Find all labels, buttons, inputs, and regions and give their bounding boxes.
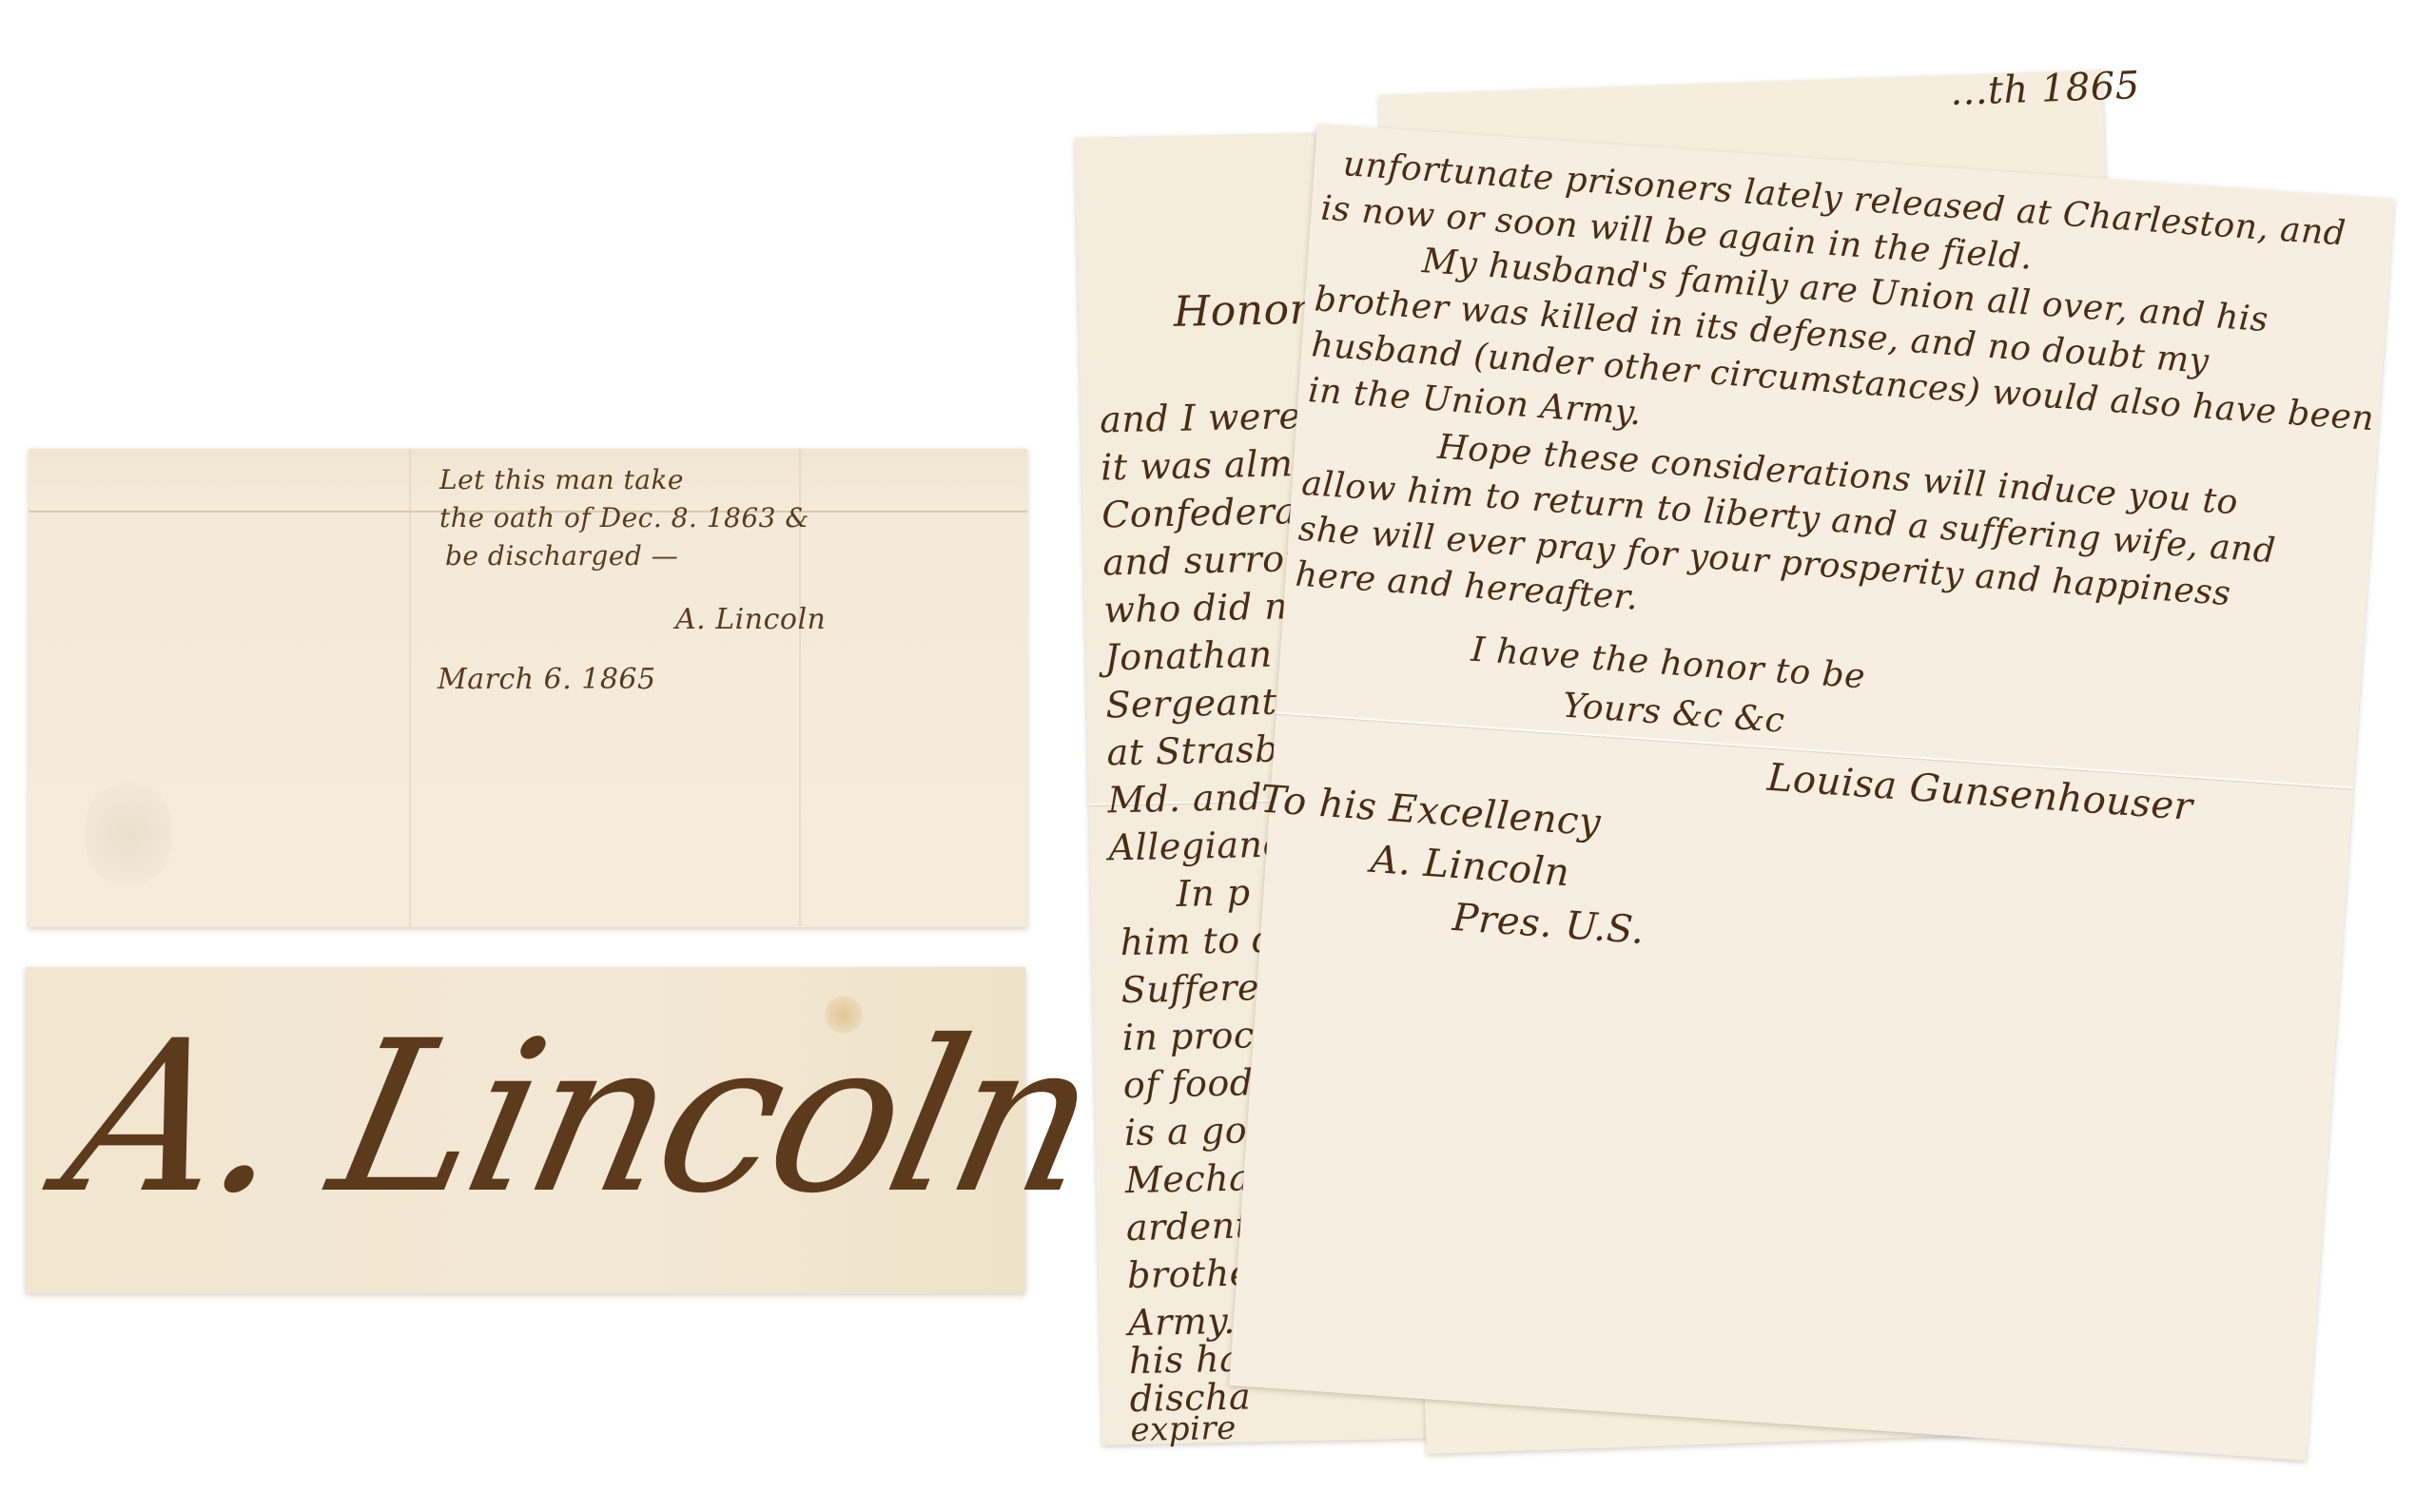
- lincoln-signature: A. Lincoln: [48, 996, 1112, 1239]
- endorsement-line: the oath of Dec. 8. 1863 &: [439, 502, 809, 533]
- letter-fragment: expire: [1130, 1409, 1237, 1449]
- addressee-line: Pres. U.S.: [1451, 896, 1646, 953]
- letter-front-sheet: unfortunate prisoners lately released at…: [1229, 124, 2394, 1461]
- signature-closeup: A. Lincoln: [26, 967, 1025, 1293]
- letter-valediction: Yours &c &c: [1562, 687, 1786, 741]
- endorsement-signature: A. Lincoln: [675, 603, 826, 636]
- endorsement-date: March 6. 1865: [438, 663, 656, 696]
- letter-fragment: Jonathan: [1104, 633, 1273, 679]
- letter-fragment: ardent: [1126, 1204, 1251, 1249]
- letter-fragment: is a go: [1123, 1109, 1247, 1153]
- letter-closing: I have the honor to be: [1470, 630, 1866, 697]
- letter-fragment: of food: [1122, 1061, 1254, 1106]
- addressee-line: A. Lincoln: [1370, 838, 1571, 896]
- letter-date: ...th 1865: [1949, 64, 2140, 114]
- letter-signer: Louisa Gunsenhouser: [1766, 756, 2194, 829]
- endorsement-line: be discharged —: [445, 540, 678, 572]
- embossed-seal: [86, 782, 171, 886]
- fold-crease: [409, 449, 411, 927]
- endorsement-line: Let this man take: [439, 464, 684, 495]
- endorsement-document: Let this man take the oath of Dec. 8. 18…: [29, 449, 1027, 927]
- letter-fragment: In p: [1176, 871, 1251, 915]
- addressee-line: To his Excellency: [1259, 778, 1603, 845]
